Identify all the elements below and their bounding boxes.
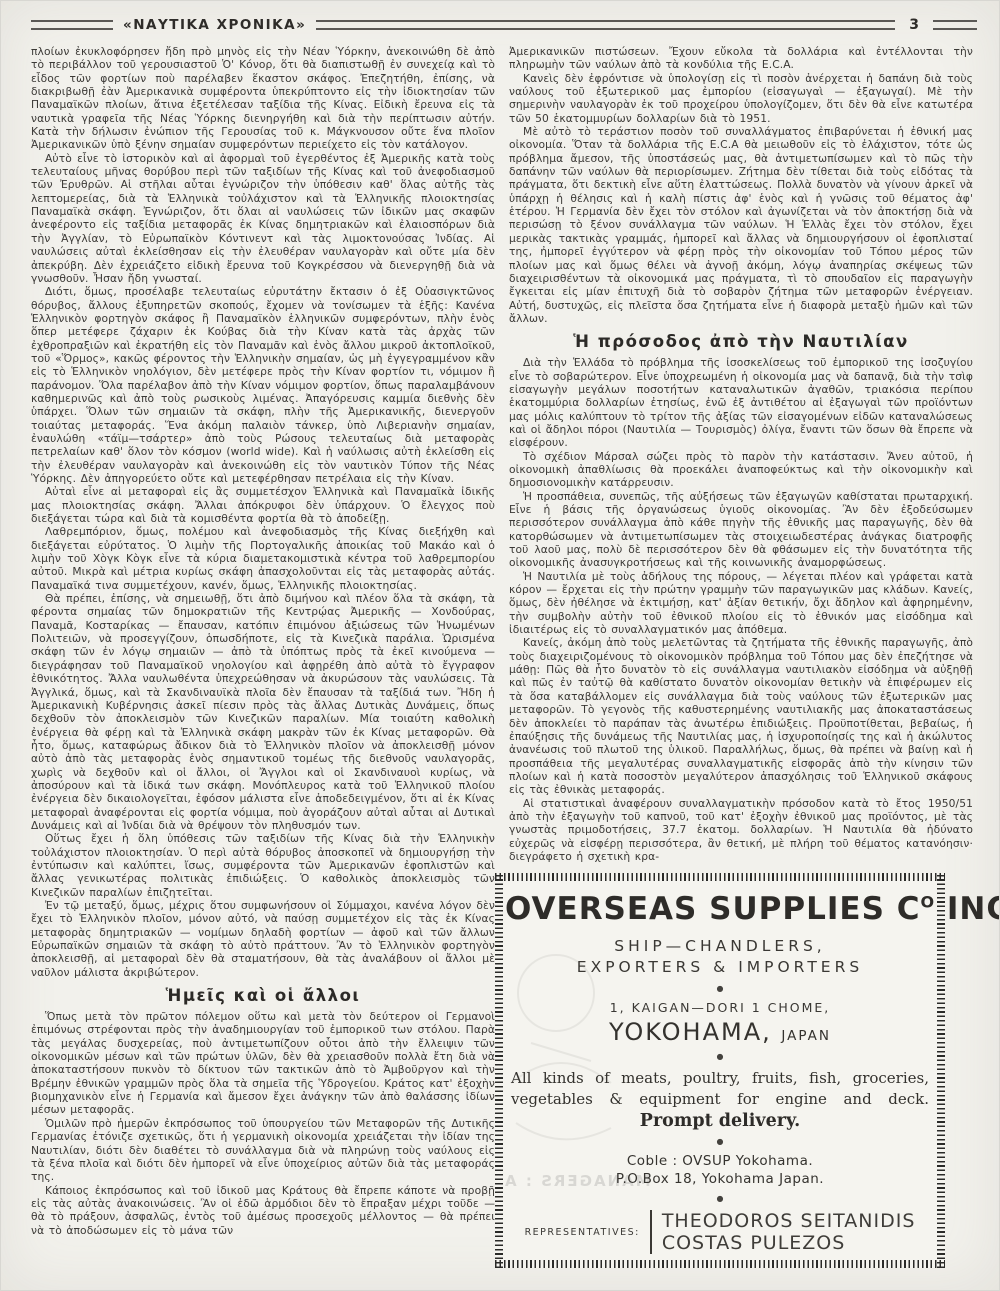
bullet-separator: ● — [505, 1051, 935, 1063]
ad-border-right — [937, 873, 945, 1268]
double-rule-right — [933, 20, 977, 30]
paragraph: Κανείς, ἀκόμη ἀπὸ τοὺς μελετῶντας τὰ ζητ… — [509, 636, 973, 796]
ad-city-line: YOKOHAMA, JAPAN — [505, 1018, 935, 1046]
ad-company-superscript: O — [920, 893, 935, 912]
ad-cable-block: Coble : OVSUP Yokohama. P.O.Box 18, Yoko… — [505, 1153, 935, 1188]
article-body: πλοίων ἐκυκλοφόρησεν ἤδη πρὸ μηνὸς εἰς τ… — [1, 33, 999, 1268]
paragraph: Κάποιος ἐκπρόσωπος καὶ τοῦ ἰδικοῦ μας Κρ… — [31, 1184, 495, 1237]
paragraph: πλοίων ἐκυκλοφόρησεν ἤδη πρὸ μηνὸς εἰς τ… — [31, 45, 495, 152]
ad-country: JAPAN — [781, 1028, 831, 1044]
ad-company-name: OVERSEAS SUPPLIES CO INC. — [505, 891, 935, 927]
paragraph: Διὰ τὴν Ἑλλάδα τὸ πρόβλημα τῆς ἰσοσκελίσ… — [509, 356, 973, 449]
right-column: Ἀμερικανικῶν πιστώσεων. Ἔχουν εὔκολα τὰ … — [509, 45, 973, 1268]
ad-pobox-line: P.O.Box 18, Yokohama Japan. — [505, 1171, 935, 1189]
bullet-separator: ● — [505, 1136, 935, 1148]
right-intro-text: Ἀμερικανικῶν πιστώσεων. Ἔχουν εὔκολα τὰ … — [509, 45, 973, 325]
paragraph: Μὲ αὐτὸ τὸ τεράστιον ποσὸν τοῦ συναλλάγμ… — [509, 125, 973, 325]
paragraph: COSTAS PULEZOS — [662, 1232, 916, 1254]
paragraph: Τὸ σχέδιον Μάρσαλ σώζει πρὸς τὸ παρὸν τὴ… — [509, 450, 973, 490]
paragraph: Αὐτὸ εἶνε τὸ ἱστορικὸν καὶ αἱ ἀφορμαὶ το… — [31, 152, 495, 285]
paragraph: Αὐταὶ εἶνε αἱ μεταφοραὶ εἰς ἃς συμμετέσχ… — [31, 485, 495, 525]
paragraph: Κανεὶς δὲν ἐφρόντισε νὰ ὑπολογίσῃ εἰς τὶ… — [509, 72, 973, 125]
ad-company-prefix: OVERSEAS SUPPLIES C — [505, 891, 920, 927]
ad-body-text: All kinds of meats, poultry, fruits, fis… — [511, 1068, 929, 1109]
ad-tagline: SHIP—CHANDLERS, EXPORTERS & IMPORTERS — [505, 936, 935, 978]
paragraph: Αἱ στατιστικαὶ ἀναφέρουν συναλλαγματικὴν… — [509, 797, 973, 864]
paragraph: THEODOROS SEITANIDIS — [662, 1210, 916, 1232]
left-column: πλοίων ἐκυκλοφόρησεν ἤδη πρὸ μηνὸς εἰς τ… — [31, 45, 495, 1268]
bullet-separator: ● — [505, 1193, 935, 1205]
ad-address-line: 1, KAIGAN—DORI 1 CHOME, — [505, 1000, 935, 1015]
ad-tagline-line2: EXPORTERS & IMPORTERS — [505, 957, 935, 978]
section-heading-we-and-the-others: Ἡμεῖς καὶ οἱ ἄλλοι — [31, 986, 495, 1005]
ad-representatives-names: THEODOROS SEITANIDISCOSTAS PULEZOS — [650, 1210, 916, 1254]
ad-border-bottom — [495, 1260, 945, 1268]
paragraph: Θὰ πρέπει, ἐπίσης, νὰ σημειωθῇ, ὅτι ἀπὸ … — [31, 592, 495, 832]
double-rule-center — [316, 20, 895, 30]
paragraph: Ὁμιλῶν πρὸ ἡμερῶν ἐκπρόσωπος τοῦ ὑπουργε… — [31, 1117, 495, 1184]
ad-city: YOKOHAMA, — [609, 1018, 772, 1046]
bullet-separator: ● — [505, 983, 935, 995]
advertisement-overseas-supplies: OVERSEAS SUPPLIES CO INC. SHIP—CHANDLERS… — [495, 873, 945, 1268]
paragraph: Ἐν τῷ μεταξύ, ὅμως, μέχρις ὅτου συμφωνήσ… — [31, 899, 495, 979]
ad-border-top — [495, 873, 945, 881]
right-section-text: Διὰ τὴν Ἑλλάδα τὸ πρόβλημα τῆς ἰσοσκελίσ… — [509, 356, 973, 863]
section-heading-shipping-income: Ἡ πρόσοδος ἀπὸ τὴν Ναυτιλίαν — [509, 332, 973, 351]
ad-tagline-line1: SHIP—CHANDLERS, — [505, 936, 935, 957]
ad-border-left — [495, 873, 503, 1268]
page-number: 3 — [905, 17, 923, 33]
magazine-title: «ΝΑΥΤΙΚΑ ΧΡΟΝΙΚΑ» — [123, 17, 306, 33]
paragraph: Ἡ προσπάθεια, συνεπῶς, τῆς αὐξήσεως τῶν … — [509, 490, 973, 570]
left-section-text: Ὅπως μετὰ τὸν πρῶτον πόλεμον οὕτω καὶ με… — [31, 1010, 495, 1237]
paragraph: Διότι, ὅμως, προσέλαβε τελευταίως εὐρυτά… — [31, 285, 495, 485]
masthead: «ΝΑΥΤΙΚΑ ΧΡΟΝΙΚΑ» 3 — [1, 1, 999, 33]
paragraph: Οὕτως ἔχει ἡ ὅλη ὑπόθεσις τῶν ταξιδίων τ… — [31, 832, 495, 899]
ad-representatives-label: REPRESENTATIVES: — [525, 1227, 640, 1238]
paragraph: Ὅπως μετὰ τὸν πρῶτον πόλεμον οὕτω καὶ με… — [31, 1010, 495, 1117]
ad-cable-line: Coble : OVSUP Yokohama. — [505, 1153, 935, 1171]
paragraph: Λαθρεμπόριον, ὅμως, πολέμου καὶ ἀνεφοδια… — [31, 525, 495, 592]
left-intro-text: πλοίων ἐκυκλοφόρησεν ἤδη πρὸ μηνὸς εἰς τ… — [31, 45, 495, 979]
magazine-page: «ΝΑΥΤΙΚΑ ΧΡΟΝΙΚΑ» 3 πλοίων ἐκυκλοφόρησεν… — [0, 0, 1000, 1291]
paragraph: Ἡ Ναυτιλία μὲ τοὺς ἀδήλους της πόρους, —… — [509, 570, 973, 637]
ad-prompt-delivery: Prompt delivery. — [505, 1111, 935, 1131]
double-rule-left — [31, 20, 113, 30]
ad-representatives: REPRESENTATIVES: THEODOROS SEITANIDISCOS… — [505, 1210, 935, 1254]
paragraph: Ἀμερικανικῶν πιστώσεων. Ἔχουν εὔκολα τὰ … — [509, 45, 973, 72]
